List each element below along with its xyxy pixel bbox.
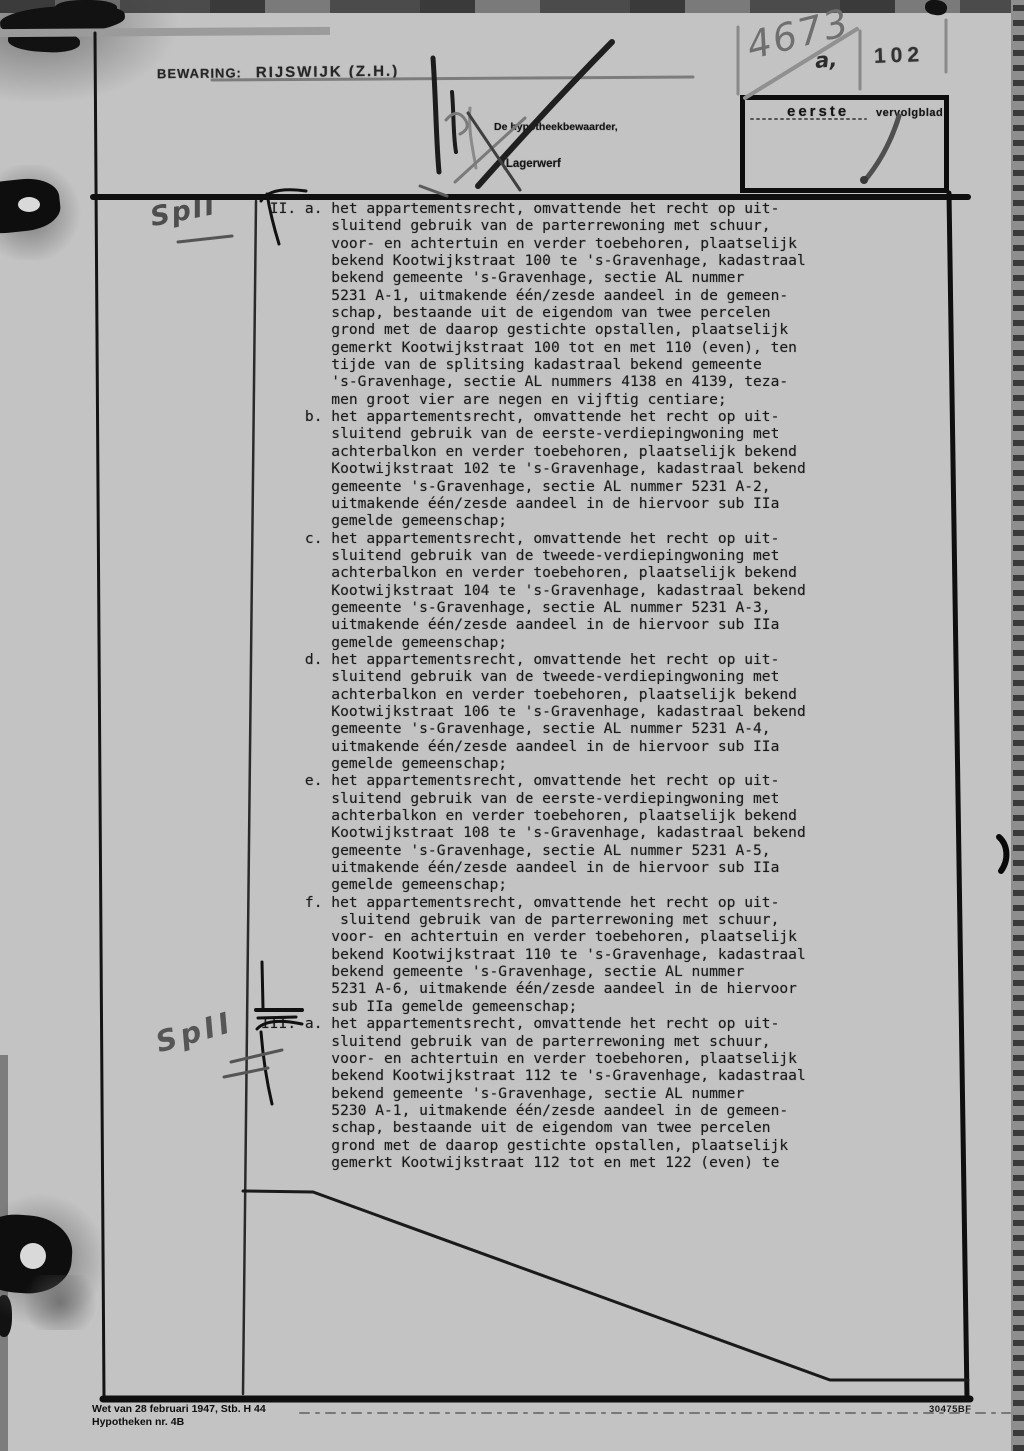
page-number: 102 [874,43,925,69]
scan-right-edge-marks [1013,0,1024,1451]
bewaring-stamp: BEWARING: RIJSWIJK (Z.H.) [157,63,399,83]
footer-form-number: 30475BF [929,1404,972,1415]
annotation-underline [178,236,232,242]
margin-annotation-sp2: SpII [152,1005,238,1060]
margin-annotation-sp2: SpII [148,190,220,233]
scan-streak [0,27,330,37]
scanned-document-page: BEWARING: RIJSWIJK (Z.H.) De hypotheekbe… [0,0,1024,1451]
scan-blot [924,0,948,16]
binder-hole-smudge [15,1275,105,1330]
sheet-indicator-box: eerste vervolgblad [740,95,949,193]
footer-law-reference: Wet van 28 februari 1947, Stb. H 44 Hypo… [92,1403,266,1429]
sheet-first-label: eerste [787,103,849,120]
bewaring-stamp-label: BEWARING: [157,65,242,81]
deed-body-text: II. a. het appartementsrecht, omvattende… [261,200,806,1171]
binder-hole-center [18,197,40,212]
signature-stroke [433,58,439,172]
binder-hole-center [20,1243,46,1269]
scan-blot [55,0,117,16]
handwritten-annotation-a: a, [814,47,838,73]
footer-law-line1: Wet van 28 februari 1947, Stb. H 44 [92,1403,266,1416]
signature-stroke [452,92,456,152]
text-column-rule [243,201,256,1394]
pen-mark [999,837,1006,871]
signature-stroke [446,113,467,134]
frame-right-border [949,193,967,1398]
signature-stroke [420,186,447,196]
signature-stroke [470,108,476,168]
signature-name-label: (Lagerwerf [502,158,561,170]
signature-role-label: De hypotheekbewaarder, [494,121,618,133]
sheet-vervolgblad-label: vervolgblad [876,107,943,119]
void-diagonal-line [243,1191,968,1380]
footer-law-line2: Hypotheken nr. 4B [92,1416,266,1429]
bewaring-stamp-location: RIJSWIJK (Z.H.) [256,63,400,82]
